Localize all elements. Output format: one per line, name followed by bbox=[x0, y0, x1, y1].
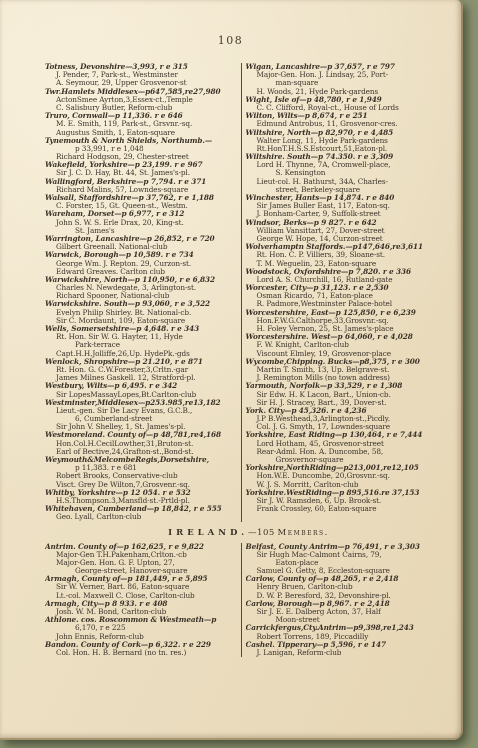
constituency-heading: Wenlock, Shropshire—p 21.210, r e 871 bbox=[45, 358, 238, 366]
member-entry: Lord Hotham, 45, Grosvenor-street bbox=[246, 440, 452, 448]
ireland-section: Antrim. County of—p 162,625, r e 9,822Ma… bbox=[45, 543, 452, 658]
member-entry: A. Seymour, 29, Upper Grosvenor-st bbox=[45, 79, 238, 87]
member-entry: Samuel G. Getty, 8, Eccleston-square bbox=[246, 567, 452, 575]
constituency-heading: Wallingford, Berkshire—p 7,794. r e 371 bbox=[45, 178, 238, 186]
constituency-heading: Winchester, Hants—p 14,874. r e 840 bbox=[246, 194, 452, 202]
constituency-heading: Armagh, County of—p 181,449, r e 5,895 bbox=[45, 575, 238, 583]
continuation-line: man-square bbox=[246, 79, 452, 87]
member-entry: George Wm. J. Repton. 29, Curzon-st. bbox=[45, 260, 238, 268]
ireland-heading-members-label: Members. bbox=[277, 528, 328, 538]
member-entry: R. Padmore,Westminster Palace-hotel bbox=[246, 300, 452, 308]
constituency-heading: Yarmouth, Norfolk—p 33,529, r e 1,308 bbox=[246, 382, 452, 390]
member-entry: Hon.W.E. Duncombe, 20,Grosvnr.-sq. bbox=[246, 472, 452, 480]
member-entry: Hon.Col.H.CecilLowther,31,Bruton-st. bbox=[45, 440, 238, 448]
constituency-heading: Carlow, Borough—p 8,967. r e 2,418 bbox=[246, 600, 452, 608]
england-right-column: Wigan, Lancashire—p 37,657, r e 797Major… bbox=[242, 63, 452, 522]
member-entry: J. Remington Mills (no town address) bbox=[246, 374, 452, 382]
member-entry: W. J. S. Morritt, Carlton-club bbox=[246, 481, 452, 489]
member-entry: Lieut-col. H. Bathurst, 34A, Charles- bbox=[246, 178, 452, 186]
member-entry: Charles N. Newdegate, 3, Arlington-st. bbox=[45, 284, 238, 292]
member-entry: F. W. Knight, Carlton-club bbox=[246, 341, 452, 349]
member-entry: Rear-Adml. Hon. A. Duncombe, 58, bbox=[246, 448, 452, 456]
member-entry: J. Bonham-Carter, 9, Suffolk-street bbox=[246, 210, 452, 218]
continuation-line: 6, Cumberland-street bbox=[45, 415, 238, 423]
constituency-heading: Wiltshire. South—p 74.350. r e 3,309 bbox=[246, 153, 452, 161]
constituency-heading: Wight, Isle of—p 48,780, r e 1,949 bbox=[246, 96, 452, 104]
constituency-heading: Belfast, County Antrim—p 76,491, r e 3,3… bbox=[246, 543, 452, 551]
member-entry: Rt. Hon. C. P. Villiers, 39, Sloane-st. bbox=[246, 251, 452, 259]
member-entry: Robert Torrens, 189, Piccadilly bbox=[246, 633, 452, 641]
member-entry: Visct. Grey De Wilton,7,Grosvenr.-sq. bbox=[45, 481, 238, 489]
member-entry: Sir W. Verner, Bart. 86, Eaton-square bbox=[45, 583, 238, 591]
constituency-heading: Antrim. County of—p 162,625, r e 9,822 bbox=[45, 543, 238, 551]
member-entry: Richard Hodgson, 29, Chester-street bbox=[45, 153, 238, 161]
member-entry: M. E. Smith, 119, Park-st., Grsvnr.-sq. bbox=[45, 120, 238, 128]
member-entry: Gilbert Greenall. National-club bbox=[45, 243, 238, 251]
constituency-heading: Warwickshire, North—p 110,950, r e 6,832 bbox=[45, 276, 238, 284]
member-entry: Augustus Smith, 1, Eaton-square bbox=[45, 129, 238, 137]
member-entry: Sir J. C. D. Hay, Bt. 44, St. James's-pl… bbox=[45, 169, 238, 177]
member-entry: C. Salisbury Butler, Reform-club bbox=[45, 104, 238, 112]
member-entry: Sir LopesMassayLopes,Bt.Carlton-club bbox=[45, 391, 238, 399]
constituency-heading: Totness, Devonshire—3,993, r e 315 bbox=[45, 63, 238, 71]
constituency-heading: Warwickshire. South—p 93,060, r e 3,522 bbox=[45, 300, 238, 308]
constituency-heading: Yorkshire,NorthRiding—p213,001,re12,105 bbox=[246, 464, 452, 472]
continuation-line: street, Berkeley-square bbox=[246, 186, 452, 194]
member-entry: Col. Hon. H. B. Bernard (no tn. res.) bbox=[45, 649, 238, 657]
continuation-line: Eaton-place bbox=[246, 559, 452, 567]
member-entry: Martin T. Smith, 13, Up. Belgrave-st. bbox=[246, 366, 452, 374]
constituency-heading: Worcester, City—p 31,123. r e 2,530 bbox=[246, 284, 452, 292]
member-entry: Capt.H.H.Jolliffe,26,Up. HydePk.-gds bbox=[45, 350, 238, 358]
constituency-heading: Worcestershire, East—p 125,850, r e 6,23… bbox=[246, 309, 452, 317]
constituency-heading: Cashel. Tipperary—p 5,596, r e 147 bbox=[246, 641, 452, 649]
member-entry: Edward Greaves. Carlton club bbox=[45, 268, 238, 276]
constituency-heading: Walsall, Staffordshire—p 37,762, r e 1,1… bbox=[45, 194, 238, 202]
member-entry: H. Woods, 21, Hyde Park-gardens bbox=[246, 88, 452, 96]
constituency-heading: Worcestershire. West—p 64,060, r e 4,028 bbox=[246, 333, 452, 341]
member-entry: Josh. W. M. Bond, Carlton-club bbox=[45, 608, 238, 616]
member-entry: J. Pender, 7, Park-st., Westminster bbox=[45, 71, 238, 79]
page-number: 108 bbox=[0, 34, 461, 47]
member-entry: Sir John V. Shelley, 1, St. James's-pl. bbox=[45, 423, 238, 431]
constituency-heading: York. City—p 45,326. r e 4,236 bbox=[246, 407, 452, 415]
constituency-heading: Westbury, Wilts—p 6,495. r e 342 bbox=[45, 382, 238, 390]
member-entry: H. Foley Vernon, 25, St. James's-place bbox=[246, 325, 452, 333]
member-entry: Henry Bruen, Carlton-club bbox=[246, 583, 452, 591]
member-entry: Lord H. Thynne, 7A, Cromwell-place, bbox=[246, 161, 452, 169]
constituency-heading: Armagh, City—p 8 933. r e 408 bbox=[45, 600, 238, 608]
member-entry: James Milnes Gaskell. 12, Stratford-pl. bbox=[45, 374, 238, 382]
england-section: Totness, Devonshire—3,993, r e 315J. Pen… bbox=[45, 63, 452, 522]
continuation-line: S. Kensington bbox=[246, 169, 452, 177]
member-entry: C. C. Clifford, Royal-ct., House of Lord… bbox=[246, 104, 452, 112]
constituency-heading: Wolverhamptn Staffords.—p147,646,re3,611 bbox=[246, 243, 452, 251]
member-entry: Sir J. W. Ramsden, 6, Up. Brook-st. bbox=[246, 497, 452, 505]
member-entry: John S. W. S. Erle Drax, 20, King-st. bbox=[45, 219, 238, 227]
member-entry: Walter Long, 11, Hyde Park-gardens bbox=[246, 137, 452, 145]
continuation-line: p 33,991, r e 1,048 bbox=[45, 145, 238, 153]
continuation-line: 6,170, r e 225 bbox=[45, 624, 238, 632]
member-entry: J. Lanigan, Reform-club bbox=[246, 649, 452, 657]
constituency-heading: Warwick, Borough—p 10,589. r e 734 bbox=[45, 251, 238, 259]
member-entry: Major-Gen. Hon. G. F. Upton, 27, bbox=[45, 559, 238, 567]
constituency-heading: Truro, Cornwall—p 11,336. r e 646 bbox=[45, 112, 238, 120]
member-entry: Edmund Antrobus, 11, Grosvenor-cres. bbox=[246, 120, 452, 128]
member-entry: T. M. Weguelin, 23, Eaton-square bbox=[246, 260, 452, 268]
member-entry: Col. J. G. Smyth, 17, Lowndes-square bbox=[246, 423, 452, 431]
constituency-heading: Tynemouth & North Shields, Northumb.— bbox=[45, 137, 238, 145]
member-entry: Lt.-col. Maxwell C. Close, Carlton-club bbox=[45, 592, 238, 600]
member-entry: Geo. Lyall, Carlton-club bbox=[45, 513, 238, 521]
constituency-heading: Wells, Somersetshire—p 4,648. r e 343 bbox=[45, 325, 238, 333]
constituency-heading: Carlow, County of—p 48,265, r e 2,418 bbox=[246, 575, 452, 583]
constituency-heading: Wilton, Wilts—p 8,674, r e 251 bbox=[246, 112, 452, 120]
constituency-heading: Yorkshire, East Riding—p 130,464, r e 7,… bbox=[246, 431, 452, 439]
constituency-heading: Woodstock, Oxfordshire—p 7,820. r e 336 bbox=[246, 268, 452, 276]
member-entry: Rt. Hon. Sir W. G. Hayter, 11, Hyde bbox=[45, 333, 238, 341]
constituency-heading: Weymouth&MelcombeRegis,Dorsetshire, bbox=[45, 456, 238, 464]
member-entry: Richard Malins, 57, Lowndes-square bbox=[45, 186, 238, 194]
member-entry: Sir James Buller East, 117, Eaton-sq. bbox=[246, 202, 452, 210]
member-entry: Richard Spooner, National-club bbox=[45, 292, 238, 300]
continuation-line: p 11,383. r e 681 bbox=[45, 464, 238, 472]
constituency-heading: Wakefield, Yorkshire—p 23,199. r e 967 bbox=[45, 161, 238, 169]
constituency-heading: Wigan, Lancashire—p 37,657, r e 797 bbox=[246, 63, 452, 71]
page-content: Totness, Devonshire—3,993, r e 315J. Pen… bbox=[45, 63, 452, 657]
member-entry: Sir Hugh Mac-Calmont Cairns, 79, bbox=[246, 551, 452, 559]
constituency-heading: Wareham, Dorset—p 6,977, r e 312 bbox=[45, 210, 238, 218]
member-entry: Sir H. J. Stracey, Bart., 39, Dover-st. bbox=[246, 399, 452, 407]
member-entry: Major-Gen. Hon. J. Lindsay, 25, Port- bbox=[246, 71, 452, 79]
member-entry: Evelyn Philip Shirley. Bt. National-cb. bbox=[45, 309, 238, 317]
member-entry: C. Forster, 15, Gt. Queen-st., Westm. bbox=[45, 202, 238, 210]
member-entry: Robert Brooks, Conservative-club bbox=[45, 472, 238, 480]
constituency-heading: Whitby, Yorkshire—p 12 054. r e 532 bbox=[45, 489, 238, 497]
member-entry: Frank Crossley, 60, Eaton-square bbox=[246, 505, 452, 513]
constituency-heading: Warrington, Lancashire—p 26,852, r e 720 bbox=[45, 235, 238, 243]
member-entry: Osman Ricardo, 71, Eaton-place bbox=[246, 292, 452, 300]
constituency-heading: Yorkshire.WestRiding—p 895,516.re 37,153 bbox=[246, 489, 452, 497]
constituency-heading: Wycombe,Chipping. Bucks—p8,375, r e 300 bbox=[246, 358, 452, 366]
member-entry: Earl of Bective,24,Grafton-st.,Bond-st. bbox=[45, 448, 238, 456]
ireland-left-column: Antrim. County of—p 162,625, r e 9,822Ma… bbox=[45, 543, 242, 658]
member-entry: H.S.Thompson.3,Mansfld-st.-Prtld-pl. bbox=[45, 497, 238, 505]
member-entry: Lieut.-gen. Sir De Lacy Evans, G.C.B., bbox=[45, 407, 238, 415]
member-entry: Hon.F.W.G.Calthorpe,33,Grosvnr.-sq. bbox=[246, 317, 452, 325]
continuation-line: George-street, Hanover-square bbox=[45, 567, 238, 575]
constituency-heading: Athlone. cos. Roscommon & Westmeath—p bbox=[45, 616, 238, 624]
member-entry: Sir C. Mordaunt, 109, Eaton-square bbox=[45, 317, 238, 325]
member-entry: D. W. P. Beresford, 32, Devonshire-pl. bbox=[246, 592, 452, 600]
member-entry: Sir Edw. H. K Lacon, Bart., Union-cb. bbox=[246, 391, 452, 399]
continuation-line: St. James's bbox=[45, 227, 238, 235]
constituency-heading: Wiltshire, North—p 82,970, r e 4,485 bbox=[246, 129, 452, 137]
member-entry: Rt. Hon. G. C.W.Forester,3,Crltn.-gar bbox=[45, 366, 238, 374]
constituency-heading: Westminster,Middlesex—p253.985,re13,182 bbox=[45, 399, 238, 407]
member-entry: Sir J. E. E. Dalberg Acton, 37, Half bbox=[246, 608, 452, 616]
continuation-line: Park-terrace bbox=[45, 341, 238, 349]
member-entry: John Ennis, Reform-club bbox=[45, 633, 238, 641]
member-entry: William Vansittart, 27, Dover-street bbox=[246, 227, 452, 235]
constituency-heading: Twr.Hamlets Middlesex—p647,585,re27,980 bbox=[45, 88, 238, 96]
constituency-heading: Bandon. County of Cork—p 6,322. r e 229 bbox=[45, 641, 238, 649]
england-left-column: Totness, Devonshire—3,993, r e 315J. Pen… bbox=[45, 63, 242, 522]
constituency-heading: Whitehaven, Cumberland—p 18,842, r e 555 bbox=[45, 505, 238, 513]
member-entry: Lord A. S. Churchill, 16, Rutland-gate bbox=[246, 276, 452, 284]
member-entry: George W. Hope, 14, Curzon-street bbox=[246, 235, 452, 243]
member-entry: J.P B.Westhead,3,Arlington-st.,Picdly. bbox=[246, 415, 452, 423]
ireland-section-heading: IRELAND.—105 Members. bbox=[45, 528, 452, 538]
constituency-heading: Westmoreland. County of—p 48,781,re4,168 bbox=[45, 431, 238, 439]
member-entry: Major-Gen T.H.Pakenham,Crlton.-cb bbox=[45, 551, 238, 559]
ireland-heading-count: —105 bbox=[248, 528, 275, 538]
constituency-heading: Carrickfergus,Cty.Antrim—p9,398,re1,243 bbox=[246, 624, 452, 632]
member-entry: ActonSmee Ayrton,3,Essex-ct.,Temple bbox=[45, 96, 238, 104]
constituency-heading: Windsor, Berks—p 9 827. r e 642 bbox=[246, 219, 452, 227]
continuation-line: Grosvernor-square bbox=[246, 456, 452, 464]
ireland-heading-country: IRELAND. bbox=[168, 528, 248, 538]
scanned-book-page: 108 Totness, Devonshire—3,993, r e 315J.… bbox=[0, 0, 463, 740]
member-entry: Rt.HonT.H.S.S.Estcourt,51,Eaton-pl. bbox=[246, 145, 452, 153]
member-entry: Viscount Elmley, 19, Grosvenor-place bbox=[246, 350, 452, 358]
continuation-line: Moon-street bbox=[246, 616, 452, 624]
ireland-right-column: Belfast, County Antrim—p 76,491, r e 3,3… bbox=[242, 543, 452, 658]
